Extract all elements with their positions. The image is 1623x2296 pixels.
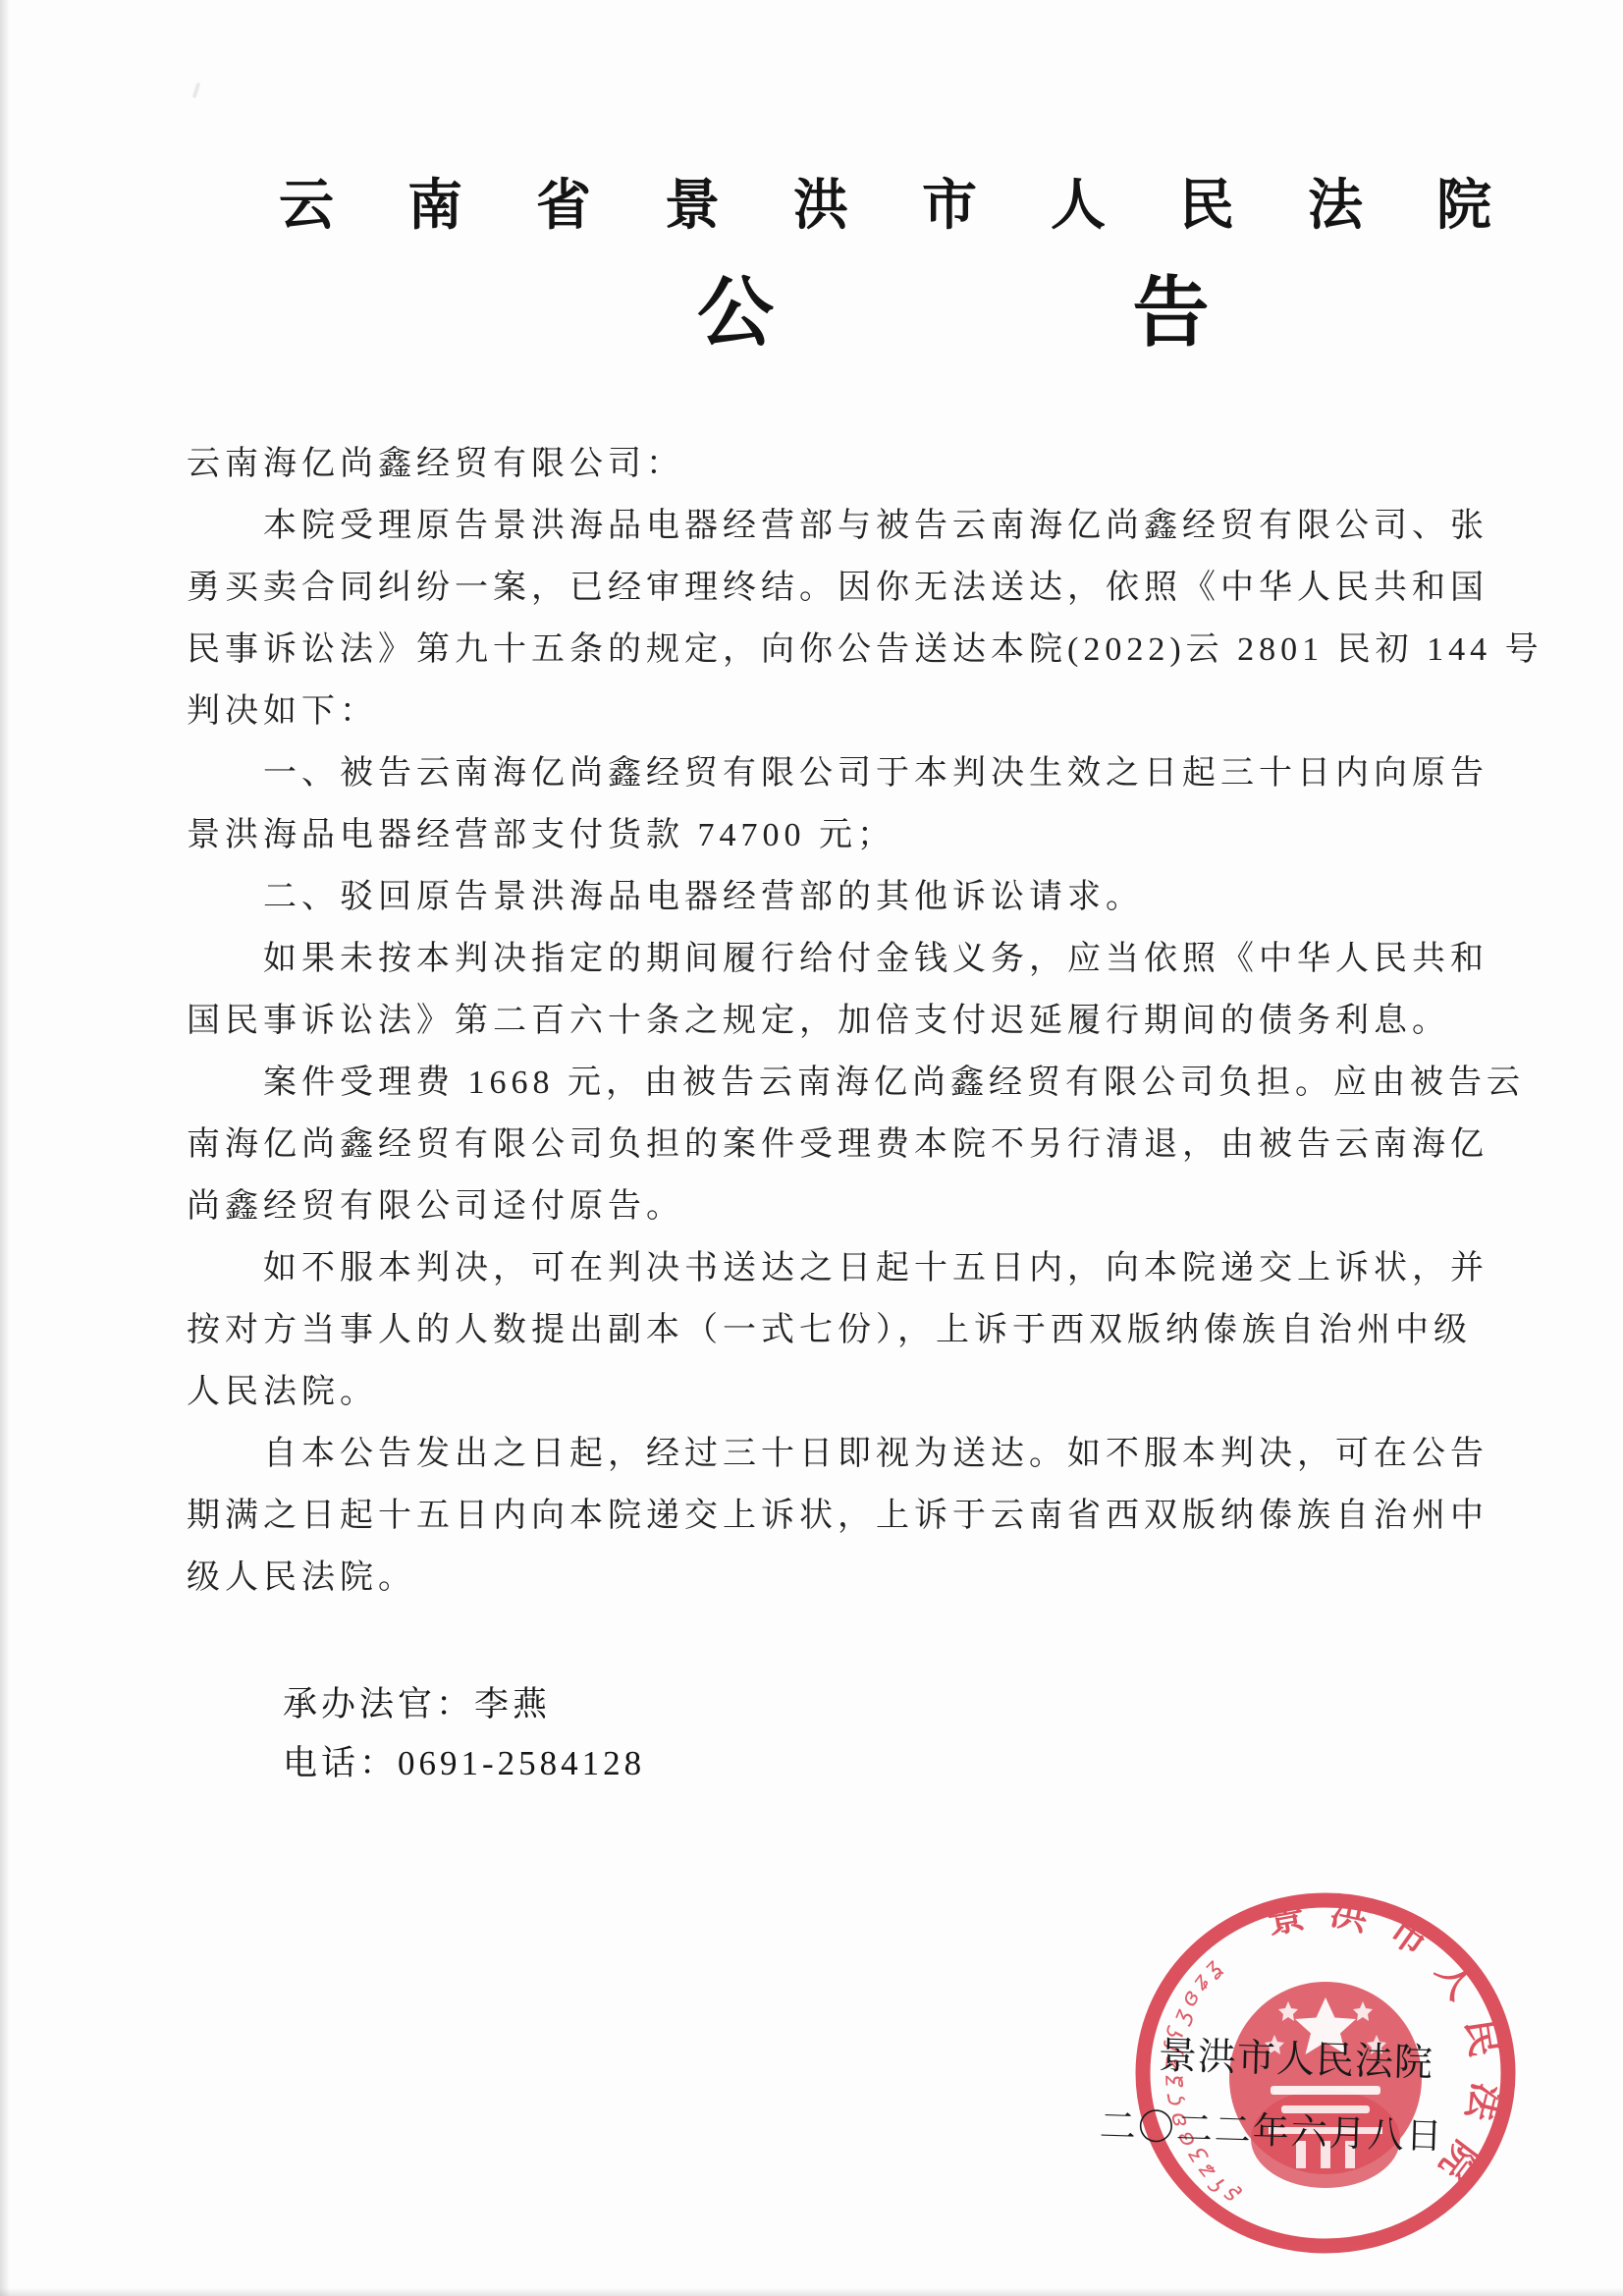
- body-line: 期满之日起十五日内向本院递交上诉状，上诉于云南省西双版纳傣族自治州中: [187, 1485, 1522, 1547]
- scan-edge-bottom: [0, 2288, 1623, 2296]
- seal-date: 二〇二二年六月八日: [1099, 2096, 1445, 2159]
- body-line: 自本公告发出之日起，经过三十日即视为送达。如不服本判决，可在公告: [187, 1423, 1522, 1485]
- body-line: 如果未按本判决指定的期间履行给付金钱义务，应当依照《中华人民共和: [187, 928, 1522, 990]
- notice-body: 云南海亿尚鑫经贸有限公司： 本院受理原告景洪海品电器经营部与被告云南海亿尚鑫经贸…: [187, 433, 1522, 1609]
- court-title: 云南省景洪市人民法院: [279, 177, 1565, 238]
- body-line: 按对方当事人的人数提出副本（一式七份），上诉于西双版纳傣族自治州中级: [187, 1299, 1522, 1361]
- scan-speck: [192, 82, 201, 98]
- body-line: 勇买卖合同纠纷一案，已经审理终结。因你无法送达，依照《中华人民共和国: [187, 557, 1522, 619]
- body-line: 南海亿尚鑫经贸有限公司负担的案件受理费本院不另行清退，由被告云南海亿: [187, 1114, 1522, 1175]
- contact-block: 承办法官：李燕 电话：0691-2584128: [283, 1675, 645, 1793]
- body-line: 人民法院。: [187, 1361, 1522, 1423]
- seal-court-name: 景洪市人民法院: [1158, 2025, 1434, 2088]
- judge-phone-line: 电话：0691-2584128: [283, 1734, 645, 1793]
- body-line: 级人民法院。: [187, 1547, 1522, 1609]
- body-line: 判决如下：: [187, 681, 1522, 742]
- body-line: 国民事诉讼法》第二百六十条之规定，加倍支付迟延履行期间的债务利息。: [187, 990, 1522, 1052]
- court-notice-page: 云南省景洪市人民法院 公 告 云南海亿尚鑫经贸有限公司： 本院受理原告景洪海品电…: [0, 0, 1623, 2296]
- body-line: 民事诉讼法》第九十五条的规定，向你公告送达本院(2022)云 2801 民初 1…: [187, 619, 1522, 681]
- recipient-line: 云南海亿尚鑫经贸有限公司：: [187, 433, 1522, 495]
- body-line: 景洪海品电器经营部支付货款 74700 元；: [187, 804, 1522, 866]
- body-line: 如不服本判决，可在判决书送达之日起十五日内，向本院递交上诉状，并: [187, 1237, 1522, 1299]
- body-line: 二、驳回原告景洪海品电器经营部的其他诉讼请求。: [187, 866, 1522, 928]
- scan-edge-left: [0, 0, 10, 2296]
- body-line: 本院受理原告景洪海品电器经营部与被告云南海亿尚鑫经贸有限公司、张: [187, 495, 1522, 557]
- body-line: 案件受理费 1668 元，由被告云南海亿尚鑫经贸有限公司负担。应由被告云: [187, 1052, 1522, 1114]
- body-line: 尚鑫经贸有限公司迳付原告。: [187, 1175, 1522, 1237]
- notice-title: 公 告: [697, 273, 1380, 354]
- judge-name-line: 承办法官：李燕: [283, 1675, 645, 1734]
- body-line: 一、被告云南海亿尚鑫经贸有限公司于本判决生效之日起三十日内向原告: [187, 742, 1522, 804]
